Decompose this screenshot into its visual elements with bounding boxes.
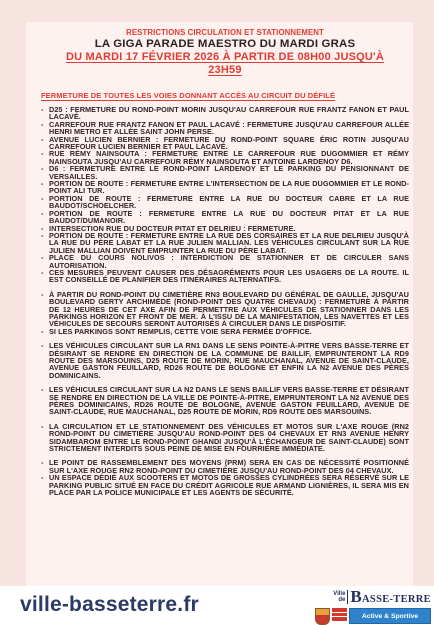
bullet-item: -LES VÉHICULES CIRCULANT SUR LA RN1 DANS… — [41, 342, 409, 379]
bullet-item: -À PARTIR DU ROND-POINT DU CIMETIÈRE RN3… — [41, 291, 409, 328]
bullet-marker-icon: - — [41, 180, 43, 187]
header-parade-title: LA GIGA PARADE MAESTRO DU MARDI GRAS — [55, 38, 395, 50]
bullet-item: -LA CIRCULATION ET LE STATIONNEMENT DES … — [41, 423, 409, 453]
bullet-item: -UN ESPACE DÉDIÉ AUX SCOOTERS ET MOTOS D… — [41, 474, 409, 496]
bullet-item: -PORTION DE ROUTE : FERMETURE ENTRE L'IN… — [41, 180, 409, 195]
bullet-item: -PORTION DE ROUTE : FERMETURE ENTRE LA R… — [41, 195, 409, 210]
bullet-marker-icon: - — [41, 254, 43, 261]
bullet-marker-icon: - — [41, 165, 43, 172]
logo-divider — [347, 590, 348, 604]
bullet-text: CES MESURES PEUVENT CAUSER DES DÉSAGRÉME… — [49, 268, 409, 284]
bullet-item: -D6 : FERMETURE ENTRE LE ROND-POINT LARD… — [41, 165, 409, 180]
flyer-header: RESTRICTIONS CIRCULATION ET STATIONNEMEN… — [41, 28, 409, 76]
logo-ville-de-label: Ville de — [333, 591, 345, 603]
bullet-group: -À PARTIR DU ROND-POINT DU CIMETIÈRE RN3… — [41, 291, 409, 335]
bullet-marker-icon: - — [41, 150, 43, 157]
bullet-item: -RUE RÉMY NAINSOUTA : FERMETURE ENTRE LE… — [41, 150, 409, 165]
bullet-marker-icon: - — [41, 269, 43, 276]
content-panel: RESTRICTIONS CIRCULATION ET STATIONNEMEN… — [26, 22, 413, 586]
bullet-marker-icon: - — [41, 210, 43, 217]
bullet-group: -LES VÉHICULES CIRCULANT SUR LA RN1 DANS… — [41, 342, 409, 379]
footer-bar: ville-basseterre.fr Ville de BASSE-TERRE… — [0, 586, 434, 625]
art-histoire-stamp-icon — [332, 608, 347, 622]
active-sportive-badge: Active & Sportive — [349, 608, 431, 624]
bullet-item: -CARREFOUR RUE FRANTZ FANON ET PAUL LACA… — [41, 121, 409, 136]
bullet-marker-icon: - — [41, 121, 43, 128]
website-url: ville-basseterre.fr — [20, 593, 199, 617]
bullet-text: PORTION DE ROUTE : FERMETURE ENTRE LA RU… — [49, 231, 409, 255]
bullet-item: -PORTION DE ROUTE : FERMETURE ENTRE LA R… — [41, 210, 409, 225]
bullet-group: -LES VÉHICULES CIRCULANT SUR LA N2 DANS … — [41, 386, 409, 416]
bullet-marker-icon: - — [41, 423, 43, 430]
bullet-groups: -D25 : FERMETURE DU ROND-POINT MORIN JUS… — [41, 106, 409, 497]
bullet-marker-icon: - — [41, 459, 43, 466]
bullet-marker-icon: - — [41, 328, 43, 335]
bullet-marker-icon: - — [41, 136, 43, 143]
bullet-item: -PLACE DU COURS NOLIVOS : INTERDICTION D… — [41, 254, 409, 269]
bullet-item: -PORTION DE ROUTE : FERMETURE ENTRE LA R… — [41, 232, 409, 254]
bullet-marker-icon: - — [41, 106, 43, 113]
bullet-text: À PARTIR DU ROND-POINT DU CIMETIÈRE RN3 … — [49, 290, 409, 329]
bullet-text: LES VÉHICULES CIRCULANT SUR LA RN1 DANS … — [49, 341, 409, 380]
bullet-group: -LE POINT DE RASSEMBLEMENT DES MOYENS (P… — [41, 459, 409, 496]
bullet-marker-icon: - — [41, 232, 43, 239]
bullet-text: LA CIRCULATION ET LE STATIONNEMENT DES V… — [49, 422, 409, 453]
logo-top-row: Ville de BASSE-TERRE — [303, 587, 431, 607]
bullet-item: -LE POINT DE RASSEMBLEMENT DES MOYENS (P… — [41, 459, 409, 474]
bullet-item: -AVENUE LUCIEN BERNIER : FERMETURE DU RO… — [41, 136, 409, 151]
bullet-text: UN ESPACE DÉDIÉ AUX SCOOTERS ET MOTOS DE… — [49, 473, 409, 497]
basse-terre-logo: Ville de BASSE-TERRE Active & Sportive — [303, 587, 431, 625]
header-date-line: DU MARDI 17 FÉVRIER 2026 À PARTIR DE 08H… — [60, 51, 390, 76]
coat-of-arms-icon — [315, 608, 330, 625]
logo-bottom-row: Active & Sportive — [303, 608, 431, 625]
logo-city-name: BASSE-TERRE — [350, 587, 431, 607]
bullet-marker-icon: - — [41, 195, 43, 202]
bullet-text: LES VÉHICULES CIRCULANT SUR LA N2 DANS L… — [49, 385, 409, 416]
bullet-marker-icon: - — [41, 342, 43, 349]
header-restrictions-line: RESTRICTIONS CIRCULATION ET STATIONNEMEN… — [55, 28, 395, 37]
bullet-marker-icon: - — [41, 386, 43, 393]
bullet-item: -D25 : FERMETURE DU ROND-POINT MORIN JUS… — [41, 106, 409, 121]
section-title-fermeture: FERMETURE DE TOUTES LES VOIES DONNANT AC… — [41, 91, 409, 100]
bullet-item: -SI LES PARKINGS SONT REMPLIS, CETTE VOI… — [41, 328, 409, 335]
flyer-page: RESTRICTIONS CIRCULATION ET STATIONNEMEN… — [0, 0, 434, 625]
bullet-item: -CES MESURES PEUVENT CAUSER DES DÉSAGRÉM… — [41, 269, 409, 284]
bullet-item: -LES VÉHICULES CIRCULANT SUR LA N2 DANS … — [41, 386, 409, 416]
bullet-group: -D25 : FERMETURE DU ROND-POINT MORIN JUS… — [41, 106, 409, 284]
bullet-group: -LA CIRCULATION ET LE STATIONNEMENT DES … — [41, 423, 409, 453]
bullet-text: SI LES PARKINGS SONT REMPLIS, CETTE VOIE… — [49, 327, 312, 336]
bullet-marker-icon: - — [41, 474, 43, 481]
bullet-marker-icon: - — [41, 291, 43, 298]
